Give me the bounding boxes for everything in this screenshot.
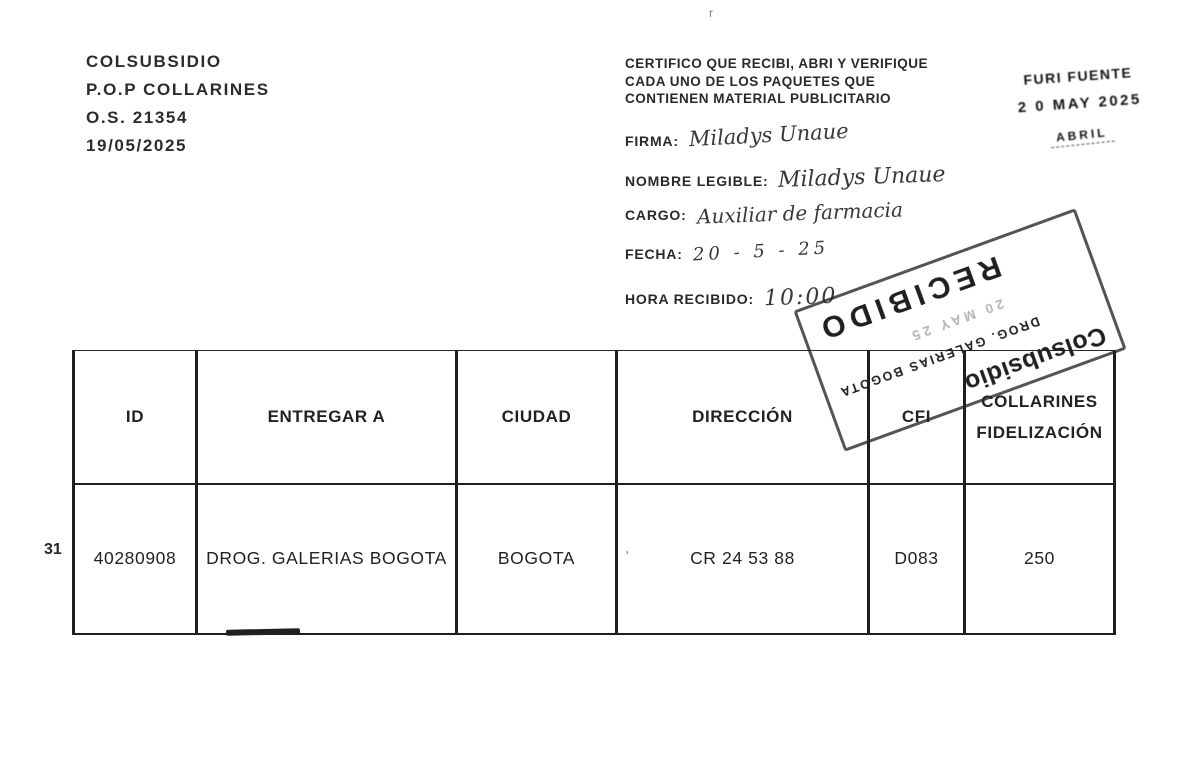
cell-entregar-a: DROG. GALERIAS BOGOTA xyxy=(197,484,457,634)
cell-ciudad: BOGOTA xyxy=(457,484,617,634)
ink-smudge xyxy=(226,628,300,636)
firma-field: FIRMA:Miladys Unaue xyxy=(625,127,849,151)
fecha-handwriting: 20 - 5 - 25 xyxy=(692,237,829,265)
cargo-label: CARGO: xyxy=(625,207,687,223)
row-index-label: 31 xyxy=(44,541,62,559)
cell-cfi: D083 xyxy=(869,484,965,634)
cargo-field: CARGO:Auxiliar de farmacia xyxy=(625,201,903,225)
col-header-ciudad: CIUDAD xyxy=(457,351,617,484)
delivery-table-body: 40280908 DROG. GALERIAS BOGOTA BOGOTA CR… xyxy=(74,484,1115,634)
order-date: 19/05/2025 xyxy=(86,132,270,160)
date-received-stamp: FURI FUENTE 2 0 MAY 2025 ABRIL xyxy=(983,61,1178,151)
cell-id: 40280908 xyxy=(74,484,197,634)
fecha-label: FECHA: xyxy=(625,246,683,262)
date-stamp-date: 2 0 MAY 2025 xyxy=(984,88,1175,118)
order-info-block: COLSUBSIDIO P.O.P COLLARINES O.S. 21354 … xyxy=(86,48,270,160)
nombre-legible-handwriting: Miladys Unaue xyxy=(778,162,946,193)
col-header-entregar-a: ENTREGAR A xyxy=(197,351,457,484)
cell-direccion: CR 24 53 88 xyxy=(617,484,869,634)
date-stamp-footer: ABRIL xyxy=(1050,125,1115,149)
stray-mark-direccion: ' xyxy=(626,548,628,563)
nombre-legible-label: NOMBRE LEGIBLE: xyxy=(625,173,768,189)
fecha-field: FECHA:20 - 5 - 25 xyxy=(625,243,829,264)
scanned-document-page: COLSUBSIDIO P.O.P COLLARINES O.S. 21354 … xyxy=(0,0,1183,764)
nombre-legible-field: NOMBRE LEGIBLE:Miladys Unaue xyxy=(625,167,946,192)
stray-mark-top: r xyxy=(709,6,713,20)
company-name: COLSUBSIDIO xyxy=(86,48,270,76)
firma-label: FIRMA: xyxy=(625,133,679,149)
cell-collarines: 250 xyxy=(965,484,1115,634)
hora-recibido-label: HORA RECIBIDO: xyxy=(625,291,754,307)
firma-signature: Miladys Unaue xyxy=(688,119,849,151)
product-line: P.O.P COLLARINES xyxy=(86,76,270,104)
cargo-handwriting: Auxiliar de farmacia xyxy=(696,197,903,228)
order-number: O.S. 21354 xyxy=(86,104,270,132)
col-header-id: ID xyxy=(74,351,197,484)
statement-line: CERTIFICO QUE RECIBI, ABRI Y VERIFIQUE xyxy=(625,55,1055,73)
table-row: 40280908 DROG. GALERIAS BOGOTA BOGOTA CR… xyxy=(74,484,1115,634)
